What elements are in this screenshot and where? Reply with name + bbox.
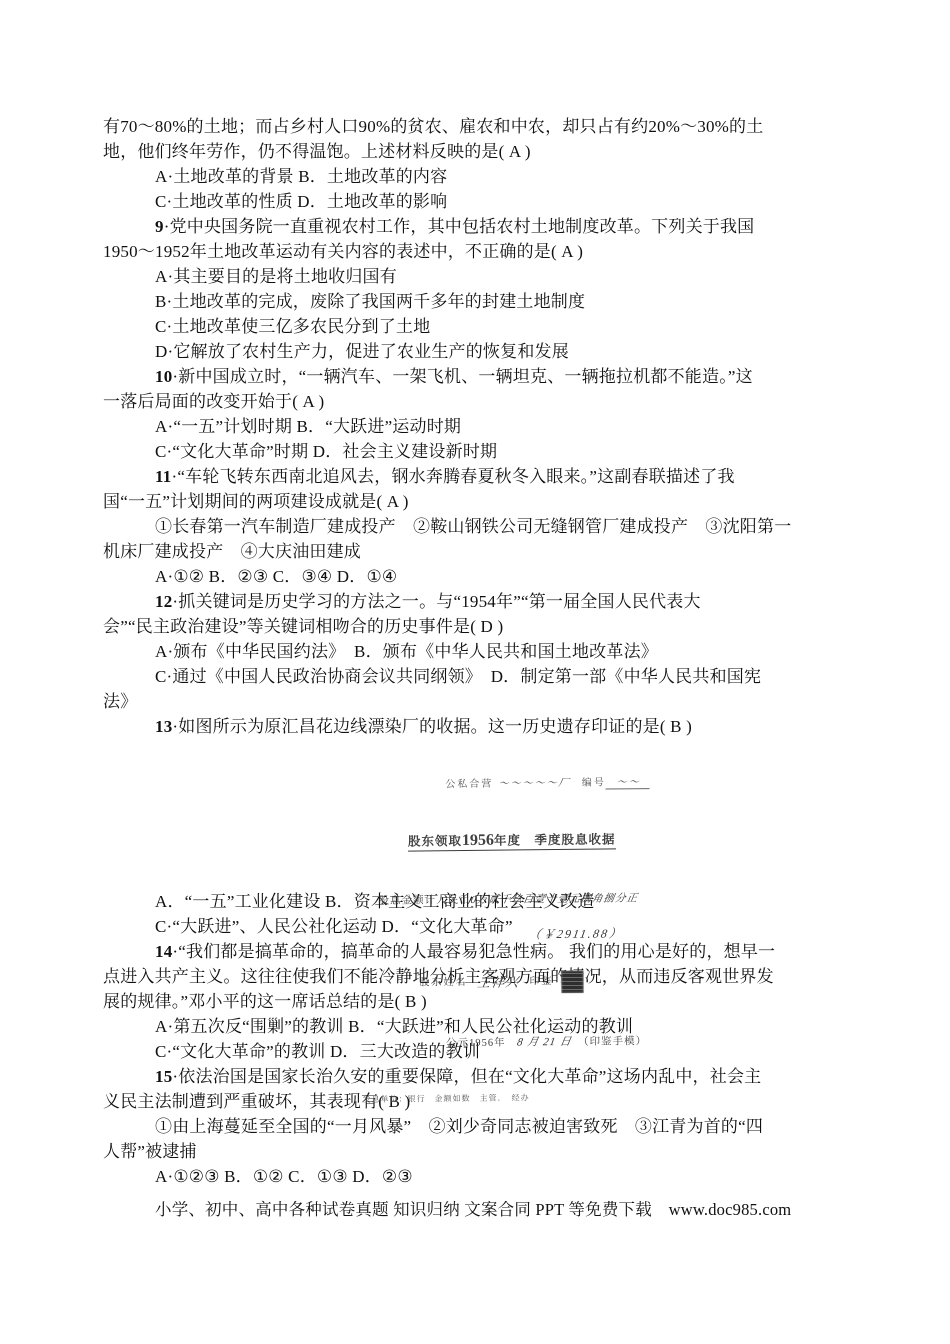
- text-line: 一落后局面的改变开始于( A ): [103, 389, 863, 414]
- receipt-company-line: 公私合营 ～～～～～厂 编号～～: [445, 777, 745, 791]
- text-line: A·土地改革的背景 B．土地改革的内容: [103, 164, 863, 189]
- exam-page: 有70～80%的土地；而占乡村人口90%的贫农、雇农和中农，却只占有约20%～3…: [103, 114, 863, 1222]
- text-line: ①长春第一汽车制造厂建成投产 ②鞍山钢铁公司无缝钢管厂建成投产 ③沈阳第一: [103, 514, 863, 539]
- receipt-date-pre: 公元1956年: [446, 1037, 517, 1049]
- receipt-date-post: （印鉴手模）: [572, 1036, 647, 1048]
- receipt-seal-label: 印鉴: [529, 977, 553, 987]
- receipt-amount-label: 股息金额计人民币: [379, 895, 471, 907]
- text-line: 有70～80%的土地；而占乡村人口90%的贫农、雇农和中农，却只占有约20%～3…: [103, 114, 863, 139]
- text-line: A·①②③ B．①② C．①③ D．②③: [103, 1164, 863, 1189]
- text-line: C·通过《中国人民政治协商会议共同纲领》 D．制定第一部《中华人民共和国宪: [103, 664, 863, 689]
- receipt-image: 公私合营 ～～～～～厂 编号～～ 股东领取1956年度 季度股息收据 股息金额计…: [375, 741, 749, 1140]
- receipt-shareholder-line: 股东姓名王祥兴印鉴: [419, 969, 747, 994]
- receipt-date-handwriting: 8 月 21 日: [516, 1036, 573, 1048]
- question-11-start-line: 11·“车轮飞转东西南北追风去，钢水奔腾春夏秋冬入眼来。”这副春联描述了我: [103, 464, 863, 489]
- question-13-start-line: 13·如图所示为原汇昌花边线漂染厂的收据。这一历史遗存印证的是( B ): [103, 714, 863, 739]
- text-line: B·土地改革的完成，废除了我国两千多年的封建土地制度: [103, 289, 863, 314]
- text-line: 会”“民主政治建设”等关键词相吻合的历史事件是( D ): [103, 614, 863, 639]
- receipt-title-post: 年度 季度股息收据: [494, 832, 616, 847]
- text-line: A·颁布《中华民国约法》 B．颁布《中华人民共和国土地改革法》: [103, 639, 863, 664]
- text-line: 国“一五”计划期间的两项建设成就是( A ): [103, 489, 863, 514]
- text-line: C·“文化大革命”时期 D．社会主义建设新时期: [103, 439, 863, 464]
- text-line: 法》: [103, 689, 863, 714]
- receipt-company-handwriting: ～～～～～厂: [497, 779, 571, 790]
- text-line: A·“一五”计划时期 B．“大跃进”运动时期: [103, 414, 863, 439]
- receipt-amount-numeric-handwriting: （￥2911.88）: [528, 927, 624, 940]
- question-12-start-line: 12·抓关键词是历史学习的方法之一。与“1954年”“第一届全国人民代表大: [103, 589, 863, 614]
- text-line: D·它解放了农村生产力，促进了农业生产的恢复和发展: [103, 339, 863, 364]
- text-line: A·其主要目的是将土地收归国有: [103, 264, 863, 289]
- question-10-start-line: 10·新中国成立时，“一辆汽车、一架飞机、一辆坦克、一辆拖拉机都不能造。”这: [103, 364, 863, 389]
- seal-stamp-icon: [561, 970, 583, 992]
- footer-watermark: 小学、初中、高中各种试卷真题 知识归纳 文案合同 PPT 等免费下载 www.d…: [103, 1197, 863, 1222]
- receipt-amount-line: 股息金额计人民币0万贰千玖百壹十壹元捌角捌分正: [379, 893, 747, 907]
- receipt-name-label: 股东姓名: [419, 977, 467, 988]
- receipt-amount-capitals-handwriting: 0万贰千玖百壹十壹元捌角捌分正: [470, 894, 639, 906]
- text-line: C·土地改革的性质 D．土地改革的影响: [103, 189, 863, 214]
- text-line: A·①② B．②③ C．③④ D．①④: [103, 564, 863, 589]
- questions-block-top: 有70～80%的土地；而占乡村人口90%的贫农、雇农和中农，却只占有约20%～3…: [103, 114, 863, 739]
- question-9-start-line: 9·党中央国务院一直重视农村工作，其中包括农村土地制度改革。下列关于我国: [103, 214, 863, 239]
- receipt-name-handwriting: 王祥兴: [476, 975, 520, 988]
- receipt-company-label: 公私合营: [445, 779, 493, 791]
- receipt-title-year: 1956: [462, 832, 494, 849]
- receipt-title-pre: 股东领取: [408, 834, 462, 849]
- receipt-date-line: 公元1956年 8 月 21 日 （印鉴手模）: [446, 1035, 748, 1050]
- text-line: 人帮”被逮捕: [103, 1139, 863, 1164]
- receipt-serial-handwriting: ～～: [605, 778, 651, 789]
- text-line: 机床厂建成投产 ④大庆油田建成: [103, 539, 863, 564]
- receipt-figure: 公私合营 ～～～～～厂 编号～～ 股东领取1956年度 季度股息收据 股息金额计…: [103, 739, 863, 889]
- text-line: 1950～1952年土地改革运动有关内容的表述中，不正确的是( A ): [103, 239, 863, 264]
- text-line: 地，他们终年劳作，仍不得温饱。上述材料反映的是( A ): [103, 139, 863, 164]
- receipt-title-line: 股东领取1956年度 季度股息收据: [408, 830, 746, 852]
- receipt-bottom-line: 发息单位：银行 金额如数 主管． 经办: [363, 1092, 749, 1104]
- text-line: C·土地改革使三亿多农民分到了土地: [103, 314, 863, 339]
- receipt-serial-label: 编号: [582, 778, 606, 789]
